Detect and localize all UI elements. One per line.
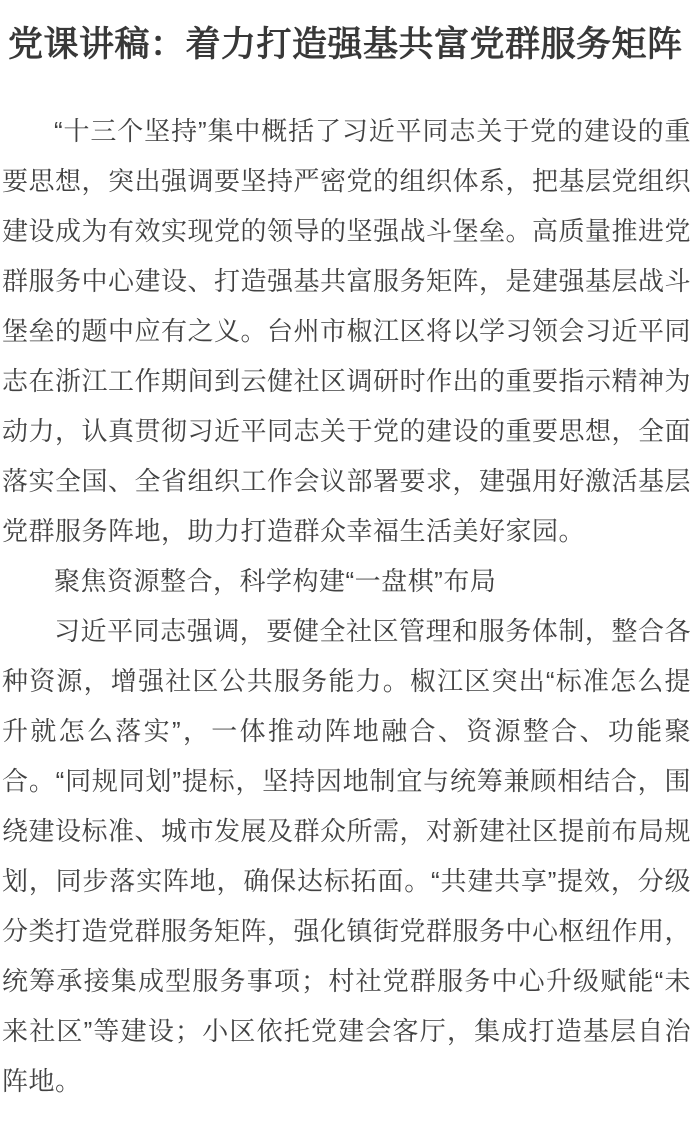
article-title: 党课讲稿：着力打造强基共富党群服务矩阵 (2, 24, 691, 66)
paragraph-section-body: 习近平同志强调，要健全社区管理和服务体制，整合各种资源，增强社区公共服务能力。椒… (2, 606, 691, 1106)
paragraph-section-heading: 聚焦资源整合，科学构建“一盘棋”布局 (2, 556, 691, 606)
paragraph-intro: “十三个坚持”集中概括了习近平同志关于党的建设的重要思想，突出强调要坚持严密党的… (2, 106, 691, 556)
article-page: 党课讲稿：着力打造强基共富党群服务矩阵 “十三个坚持”集中概括了习近平同志关于党… (0, 0, 693, 1146)
